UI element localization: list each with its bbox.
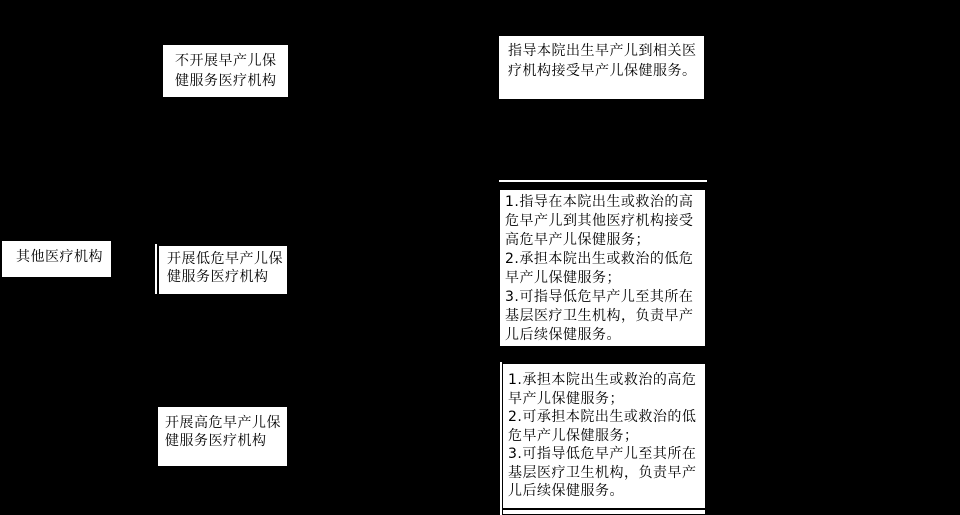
duty-text-line: 3.可指导低危早产儿至其所在 (505, 288, 705, 307)
duty-text-line: 基层医疗卫生机构，负责早产 (508, 464, 705, 483)
duty-text-line: 基层医疗卫生机构，负责早产 (505, 307, 705, 326)
node-low-risk-service-institution: 开展低危早产儿保 健服务医疗机构 (158, 245, 288, 295)
duty-text-line: 危早产儿到其他医疗机构接受 (505, 212, 705, 231)
connector-fragment-vertical-low-risk (155, 244, 157, 294)
duty-text-line: 高危早产儿保健服务； (505, 231, 705, 250)
node-label-line: 开展高危早产儿保 (165, 414, 287, 432)
duty-text-line: 早产儿保健服务； (508, 390, 705, 409)
box-inner-bottom-border (503, 508, 705, 510)
node-no-preterm-service-institution: 不开展早产儿保 健服务医疗机构 (162, 44, 289, 98)
duty-text-line: 儿后续保健服务。 (508, 482, 705, 501)
duty-text-line: 疗机构接受早产儿保健服务。 (508, 61, 704, 81)
node-high-risk-duties: 1.承担本院出生或救治的高危 早产儿保健服务； 2.可承担本院出生或救治的低 危… (502, 363, 706, 515)
connector-fragment-horizontal-low-risk-duty (499, 180, 707, 182)
node-label-line: 健服务医疗机构 (175, 71, 288, 91)
node-label-line: 其他医疗机构 (16, 248, 111, 267)
node-high-risk-service-institution: 开展高危早产儿保 健服务医疗机构 (157, 406, 288, 467)
duty-text-line: 早产儿保健服务； (505, 269, 705, 288)
duty-text-line: 儿后续保健服务。 (505, 326, 705, 345)
node-low-risk-duties: 1.指导在本院出生或救治的高 危早产儿到其他医疗机构接受 高危早产儿保健服务； … (499, 189, 706, 347)
duty-text-line: 2.承担本院出生或救治的低危 (505, 250, 705, 269)
duty-text-line: 1.指导在本院出生或救治的高 (505, 193, 705, 212)
node-label-line: 健服务医疗机构 (167, 268, 287, 286)
flowchart-canvas: 其他医疗机构 不开展早产儿保 健服务医疗机构 开展低危早产儿保 健服务医疗机构 … (0, 0, 960, 515)
node-label-line: 开展低危早产儿保 (167, 250, 287, 268)
duty-text-line: 指导本院出生早产儿到相关医 (508, 41, 704, 61)
node-other-medical-institution: 其他医疗机构 (1, 240, 112, 278)
duty-text-line: 1.承担本院出生或救治的高危 (508, 371, 705, 390)
node-label-line: 不开展早产儿保 (175, 51, 288, 71)
duty-text-line: 2.可承担本院出生或救治的低 (508, 408, 705, 427)
node-no-service-duties: 指导本院出生早产儿到相关医 疗机构接受早产儿保健服务。 (498, 35, 705, 100)
node-label-line: 健服务医疗机构 (165, 432, 287, 450)
duty-text-line: 3.可指导低危早产儿至其所在 (508, 445, 705, 464)
duty-text-line: 危早产儿保健服务； (508, 427, 705, 446)
